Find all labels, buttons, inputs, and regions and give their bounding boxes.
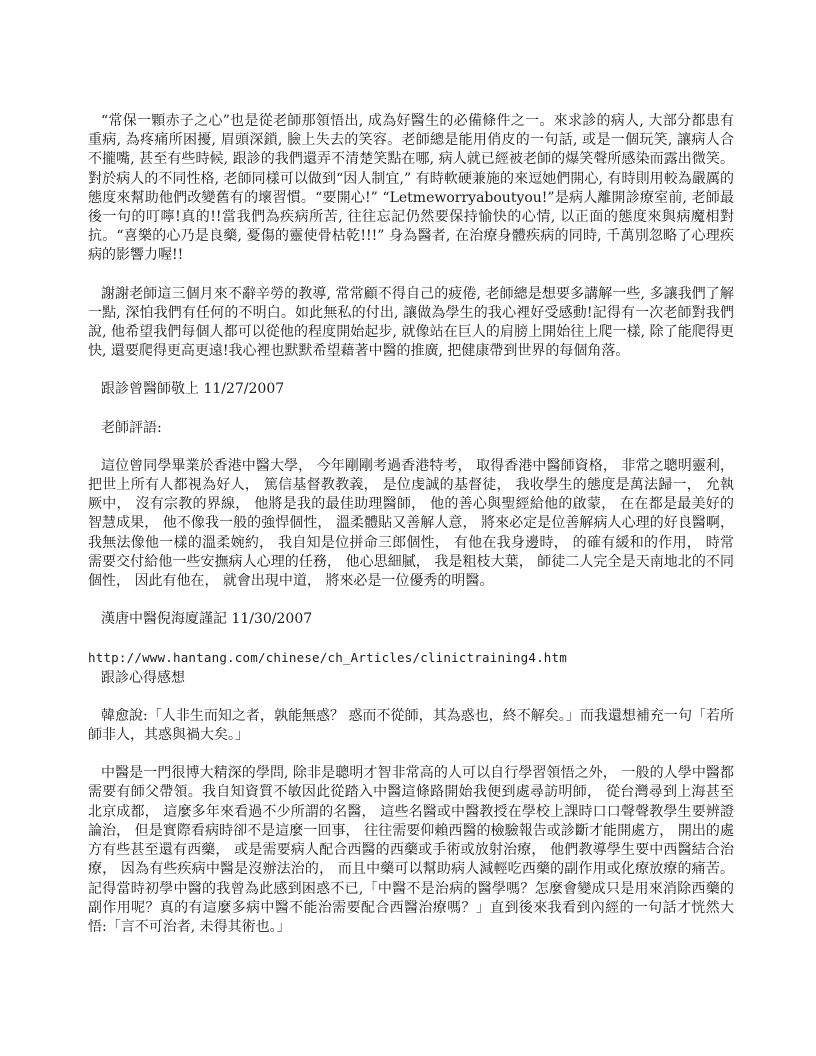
document-page: “常保一顆赤子之心”也是從老師那領悟出, 成為好醫生的必備條件之一。來求診的病人… (0, 0, 816, 1056)
paragraph-tcm-learning-essay: 中醫是一門很博大精深的學問, 除非是聰明才智非常高的人可以自行學習領悟之外， 一… (88, 764, 734, 937)
paragraph-hanyu-quote: 韓愈說:「人非生而知之者，孰能無惑？ 惑而不從師，其為惑也，終不解矣。」而我還想… (88, 707, 734, 745)
signature-line-teacher: 漢唐中醫倪海廈謹記 11/30/2007 (88, 610, 734, 629)
signature-line-student: 跟診曾醫師敬上 11/27/2007 (88, 380, 734, 399)
paragraph-student-reflection-1: “常保一顆赤子之心”也是從老師那領悟出, 成為好醫生的必備條件之一。來求診的病人… (88, 112, 734, 266)
paragraph-student-reflection-2: 謝謝老師這三個月來不辭辛勞的教導, 常常顧不得自己的疲倦, 老師總是想要多講解一… (88, 285, 734, 362)
paragraph-teacher-comment: 這位曾同學畢業於香港中醫大學， 今年剛剛考過香港特考， 取得香港中醫師資格， 非… (88, 457, 734, 591)
teacher-comment-heading: 老師評語: (88, 419, 734, 438)
article-url-text: http://www.hantang.com/chinese/ch_Articl… (88, 648, 734, 667)
section-title-clinic-reflection: 跟診心得感想 (88, 669, 734, 688)
